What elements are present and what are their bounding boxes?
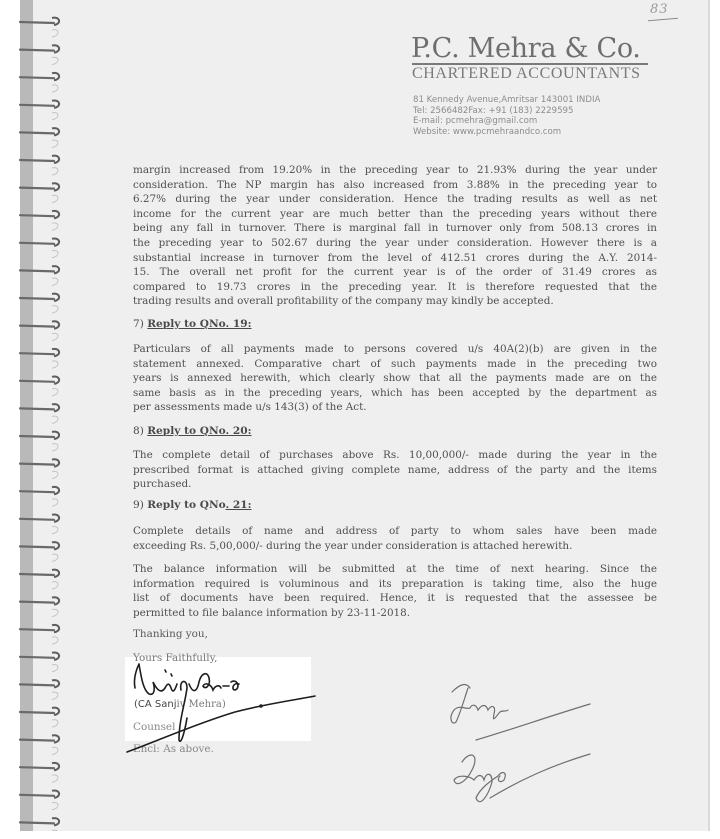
paragraph-line: being any fall in turnover. There is mar… (133, 221, 657, 236)
section-heading-qno-19: 7) Reply to QNo. 19: (133, 318, 252, 330)
paragraph-line: the preceding year to 502.67 during the … (133, 236, 657, 251)
paragraph-line: trading results and overall profitabilit… (133, 294, 657, 309)
section-number: 9) (133, 499, 144, 511)
website-line: Website: www.pcmehraandco.com (413, 127, 600, 138)
intro-paragraph: margin increased from 19.20% in the prec… (133, 163, 657, 309)
firm-name: P.C. Mehra & Co. (411, 33, 641, 64)
section-heading-qno-21: 9) Reply to QNo. 21: (133, 499, 252, 511)
paragraph-line: prescribed format is attached giving com… (133, 463, 657, 478)
paragraph-line: substantial increase in turnover from th… (133, 251, 657, 266)
paragraph-line: consideration. The NP margin has also in… (133, 178, 657, 193)
paragraph-line: per assessments made u/s 143(3) of the A… (133, 400, 657, 415)
section-number: 7) (133, 318, 144, 330)
section-paragraph-qno-20: The complete detail of purchases above R… (133, 448, 657, 492)
thanking-line: Thanking you, (133, 628, 208, 640)
paragraph-line: list of documents have been required. He… (133, 591, 657, 606)
paragraph-line: permitted to file balance information by… (133, 606, 657, 621)
paragraph-line: compared to 19.73 crores in the precedin… (133, 280, 657, 295)
paragraph-line: same basis as in the preceding years, wh… (133, 386, 657, 401)
section-title: Reply to QNo (147, 499, 225, 511)
balance-paragraph: The balance information will be submitte… (133, 562, 657, 620)
paragraph-line: information required is voluminous and i… (133, 577, 657, 592)
handwritten-page-number: 83 (650, 2, 669, 17)
spiral-binding-icon (18, 0, 68, 831)
paragraph-line: The balance information will be submitte… (133, 562, 657, 577)
officer-signatures-icon (440, 680, 620, 820)
paragraph-line: statement annexed. Comparative chart of … (133, 357, 657, 372)
section-title: Reply to QNo. 20: (147, 425, 251, 437)
paragraph-line: 15. The overall net profit for the curre… (133, 265, 657, 280)
email-line: E-mail: pcmehra@gmail.com (413, 116, 600, 127)
paragraph-line: exceeding Rs. 5,00,000/- during the year… (133, 539, 657, 554)
firm-subtitle: CHARTERED ACCOUNTANTS (412, 65, 641, 83)
paragraph-line: income for the current year are much bet… (133, 207, 657, 222)
paragraph-line: years is annexed herewith, which clearly… (133, 371, 657, 386)
phone-line: Tel: 2566482Fax: +91 (183) 2229595 (413, 106, 600, 117)
section-title: Reply to QNo. 19: (147, 318, 251, 330)
paragraph-line: purchased. (133, 477, 657, 492)
section-title-underlined: . 21: (226, 499, 252, 511)
paragraph-line: The complete detail of purchases above R… (133, 448, 657, 463)
section-heading-qno-20: 8) Reply to QNo. 20: (133, 425, 252, 437)
paragraph-line: 6.27% during the year under consideratio… (133, 192, 657, 207)
address-line: 81 Kennedy Avenue,Amritsar 143001 INDIA (413, 95, 600, 106)
section-paragraph-qno-19: Particulars of all payments made to pers… (133, 342, 657, 415)
section-paragraph-qno-21: Complete details of name and address of … (133, 524, 657, 553)
counsel-signature-icon (125, 660, 325, 760)
paragraph-line: Complete details of name and address of … (133, 524, 657, 539)
paragraph-line: margin increased from 19.20% in the prec… (133, 163, 657, 178)
paragraph-line: Particulars of all payments made to pers… (133, 342, 657, 357)
section-number: 8) (133, 425, 144, 437)
firm-address: 81 Kennedy Avenue,Amritsar 143001 INDIA … (413, 95, 600, 137)
